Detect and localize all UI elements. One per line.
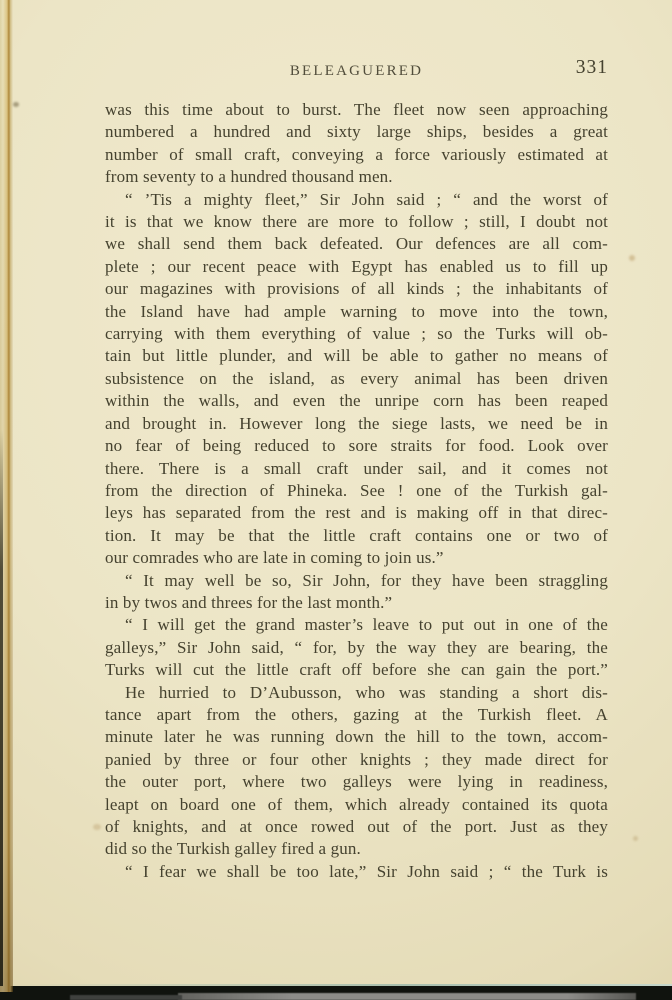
text-line: subsistence on the island, as every anim… [105, 368, 608, 390]
text-line: “ ’Tis a mighty fleet,” Sir John said ; … [105, 189, 608, 211]
text-line: Turks will cut the little craft off befo… [105, 659, 608, 681]
paragraph: “ It may well be so, Sir John, for they … [105, 570, 608, 615]
text-line: the outer port, where two galleys were l… [105, 771, 608, 793]
text-line: minute later he was running down the hil… [105, 726, 608, 748]
text-line: “ I fear we shall be too late,” Sir John… [105, 861, 608, 883]
page-text: was this time about to burst. The fleet … [105, 99, 608, 883]
book-page: BELEAGUERED 331 was this time about to b… [0, 0, 672, 986]
scanner-bed-shadow [178, 993, 636, 1000]
text-line: “ It may well be so, Sir John, for they … [105, 570, 608, 592]
text-line: was this time about to burst. The fleet … [105, 99, 608, 121]
text-line: tion. It may be that the little craft co… [105, 525, 608, 547]
page-header: BELEAGUERED 331 [105, 60, 608, 82]
text-line: leapt on board one of them, which alread… [105, 794, 608, 816]
text-line: within the walls, and even the unripe co… [105, 390, 608, 412]
text-line: plete ; our recent peace with Egypt has … [105, 256, 608, 278]
text-line: leys has separated from the rest and is … [105, 502, 608, 524]
text-line: the Island have had ample warning to mov… [105, 301, 608, 323]
text-line: numbered a hundred and sixty large ships… [105, 121, 608, 143]
text-line: carrying with them everything of value ;… [105, 323, 608, 345]
foxing-spot [629, 255, 635, 261]
page-number: 331 [576, 57, 608, 79]
text-line: “ I will get the grand master’s leave to… [105, 614, 608, 636]
text-line: tance apart from the others, gazing at t… [105, 704, 608, 726]
paragraph: “ ’Tis a mighty fleet,” Sir John said ; … [105, 189, 608, 570]
paragraph: He hurried to D’Aubusson, who was standi… [105, 682, 608, 861]
text-line: we shall send them back defeated. Our de… [105, 233, 608, 255]
foxing-spot [93, 824, 101, 830]
foxing-spot [633, 836, 638, 841]
text-line: from seventy to a hundred thousand men. [105, 166, 608, 188]
paragraph: “ I will get the grand master’s leave to… [105, 614, 608, 681]
text-line: from the direction of Phineka. See ! one… [105, 480, 608, 502]
running-title: BELEAGUERED [105, 63, 608, 80]
text-line: He hurried to D’Aubusson, who was standi… [105, 682, 608, 704]
text-line: did so the Turkish galley fired a gun. [105, 838, 608, 860]
text-line: tain but little plunder, and will be abl… [105, 345, 608, 367]
text-line: it is that we know there are more to fol… [105, 211, 608, 233]
text-line: number of small craft, conveying a force… [105, 144, 608, 166]
text-line: our magazines with provisions of all kin… [105, 278, 608, 300]
text-line: our comrades who are late in coming to j… [105, 547, 608, 569]
scanner-bed-shadow [70, 995, 182, 1000]
text-line: no fear of being reduced to sore straits… [105, 435, 608, 457]
text-line: panied by three or four other knights ; … [105, 749, 608, 771]
text-line: of knights, and at once rowed out of the… [105, 816, 608, 838]
foxing-spot [13, 102, 19, 107]
text-line: galleys,” Sir John said, “ for, by the w… [105, 637, 608, 659]
text-line: in by twos and threes for the last month… [105, 592, 608, 614]
text-line: and brought in. However long the siege l… [105, 413, 608, 435]
page-edge-shadow [0, 430, 3, 986]
book-scan: BELEAGUERED 331 was this time about to b… [0, 0, 672, 1000]
paragraph: “ I fear we shall be too late,” Sir John… [105, 861, 608, 883]
paragraph: was this time about to burst. The fleet … [105, 99, 608, 189]
text-line: there. There is a small craft under sail… [105, 458, 608, 480]
